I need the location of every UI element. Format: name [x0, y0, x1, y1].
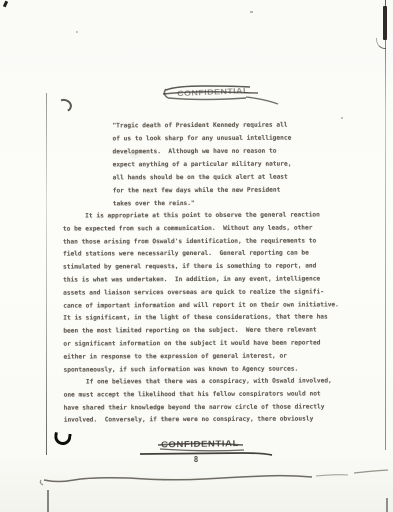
text-line: all hands should be on the quick alert a…: [113, 171, 292, 185]
text-line: involved. Conversely, if there were no c…: [64, 414, 332, 428]
text-line: stimulated by general requests, if there…: [63, 261, 339, 275]
text-line: cance of important information and will …: [63, 299, 339, 313]
text-line: to be expected from such a communication…: [63, 222, 339, 236]
text-line: expect anything of a particular military…: [113, 158, 292, 172]
text-line: or significant information on the subjec…: [63, 337, 339, 351]
text-line: "Tragic death of President Kennedy requi…: [112, 119, 291, 133]
text-line: for the next few days while the new Pres…: [113, 184, 292, 198]
text-line: It is appropriate at this point to obser…: [63, 209, 339, 223]
text-line: of us to look sharp for any unusual inte…: [112, 132, 291, 146]
text-line: It is significant, in the light of these…: [63, 312, 339, 326]
paper-edge-tear-line: [38, 464, 393, 488]
classification-stamp-bottom-text: CONFIDENTIAL: [161, 439, 239, 450]
text-line: developments. Although we have no reason…: [113, 145, 292, 159]
text-line: have shared their knowledge beyond the n…: [64, 401, 332, 415]
typewritten-text-layer: "Tragic death of President Kennedy requi…: [0, 0, 393, 512]
quote-block: "Tragic death of President Kennedy requi…: [112, 119, 291, 211]
text-line: either in response to the expression of …: [63, 350, 339, 364]
text-line: If one believes that there was a conspir…: [64, 375, 332, 389]
text-line: field stations were necessarily general.…: [63, 248, 339, 262]
text-line: takes over the reins.": [113, 197, 292, 211]
body-paragraph-2: If one believes that there was a conspir…: [64, 375, 332, 427]
text-line: assets and liaison services overseas are…: [63, 286, 339, 300]
body-paragraph-1: It is appropriate at this point to obser…: [63, 209, 339, 377]
text-line: this is what was undertaken. In addition…: [63, 273, 339, 287]
text-line: one must accept the likelihood that his …: [64, 388, 332, 402]
page-number: 8: [186, 455, 206, 464]
text-line: been the most limited reporting on the s…: [63, 325, 339, 339]
classification-stamp-bottom: CONFIDENTIAL: [157, 439, 243, 450]
text-line: than those arising from Oswald's identif…: [63, 235, 339, 249]
scanned-document-page: CONFIDENTIAL "Tragic death of President …: [0, 0, 393, 512]
